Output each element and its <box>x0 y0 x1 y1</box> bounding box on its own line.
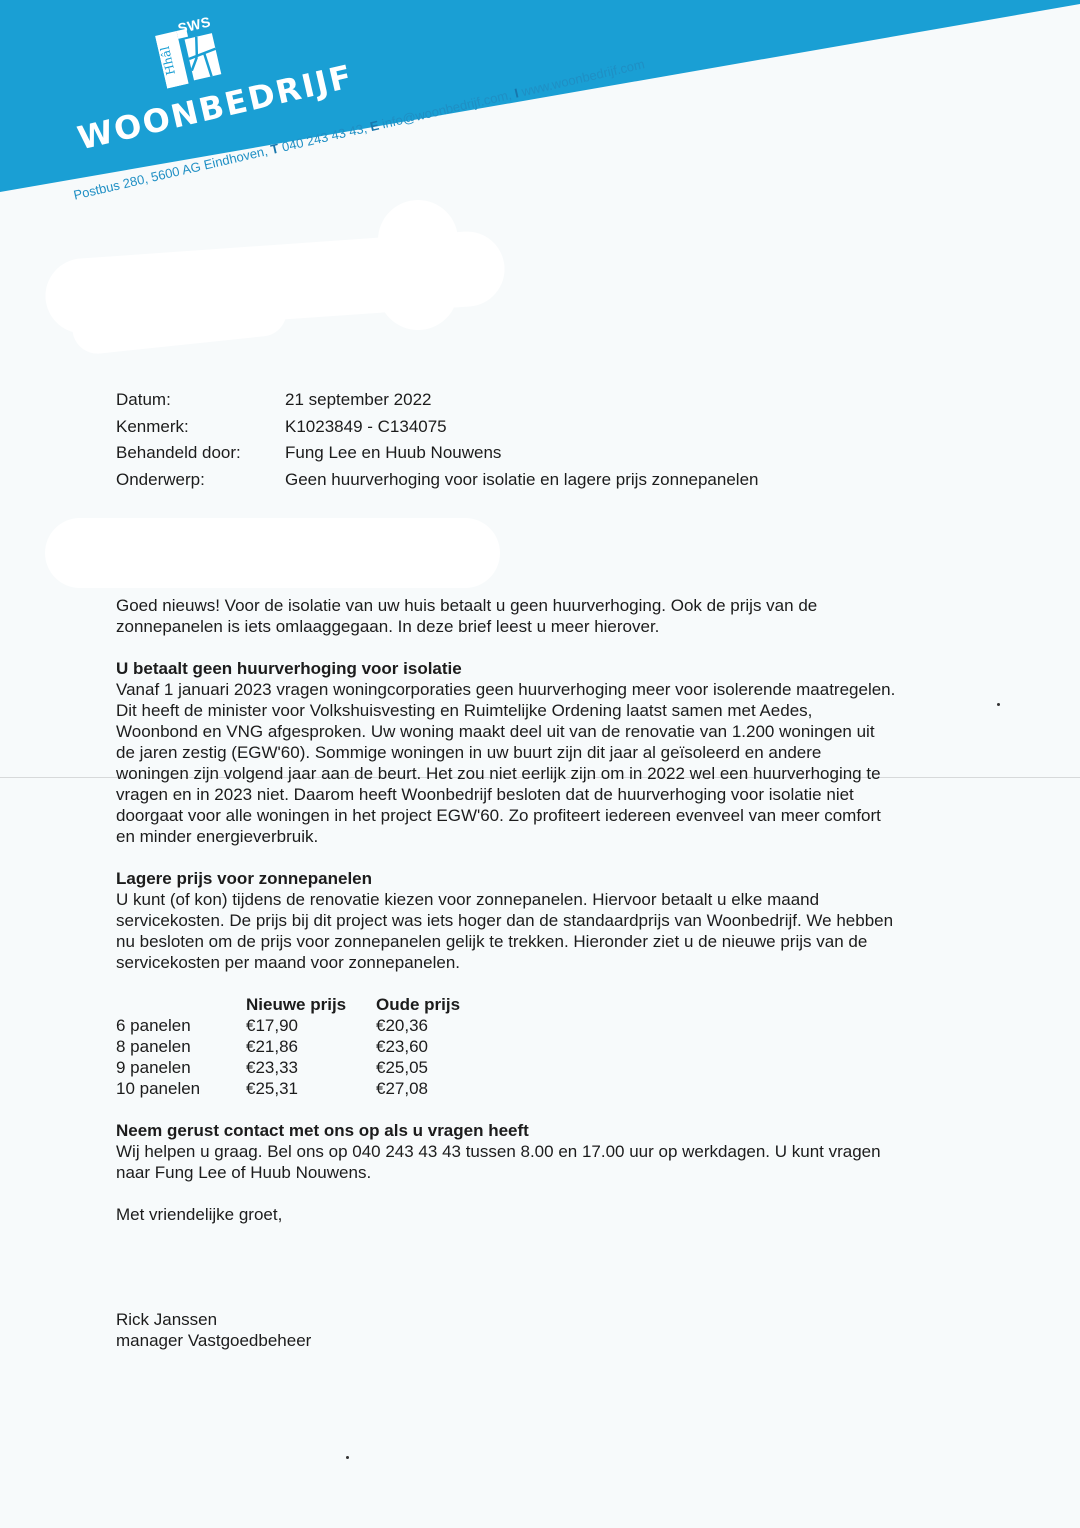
paragraph-line: U kunt (of kon) tijdens de renovatie kie… <box>116 889 976 910</box>
paragraph-line: nu besloten om de prijs voor zonnepanele… <box>116 931 976 952</box>
column-header-old-price: Oude prijs <box>376 994 460 1015</box>
table-row: 9 panelen €23,33 €25,05 <box>116 1057 460 1078</box>
reference-number: K1023849 - C134075 <box>285 414 447 441</box>
solar-price-table: Nieuwe prijs Oude prijs 6 panelen €17,90… <box>116 994 460 1099</box>
intro-line: Goed nieuws! Voor de isolatie van uw hui… <box>116 595 976 616</box>
paragraph-line: vragen en in 2023 niet. Daarom heeft Woo… <box>116 784 976 805</box>
section-heading-solar-panels: Lagere prijs voor zonnepanelen <box>116 868 976 889</box>
paragraph-line: de jaren zestig (EGW'60). Sommige woning… <box>116 742 976 763</box>
letter-date: 21 september 2022 <box>285 387 432 414</box>
letter-meta: Datum: 21 september 2022 Kenmerk: K10238… <box>116 387 759 493</box>
paragraph-line: doorgaat voor alle woningen in het proje… <box>116 805 976 826</box>
letter-body: Goed nieuws! Voor de isolatie van uw hui… <box>116 595 976 1351</box>
table-row: 8 panelen €21,86 €23,60 <box>116 1036 460 1057</box>
column-header-new-price: Nieuwe prijs <box>246 994 376 1015</box>
subject: Geen huurverhoging voor isolatie en lage… <box>285 467 759 494</box>
closing: Met vriendelijke groet, <box>116 1204 976 1225</box>
paragraph-line: servicekosten. De prijs bij dit project … <box>116 910 976 931</box>
intro-line: zonnepanelen is iets omlaaggegaan. In de… <box>116 616 976 637</box>
redacted-recipient-address <box>378 200 458 330</box>
scan-speck <box>997 703 1000 706</box>
paragraph-line: Vanaf 1 januari 2023 vragen woningcorpor… <box>116 679 976 700</box>
redacted-salutation <box>45 518 500 588</box>
section-heading-insulation: U betaalt geen huurverhoging voor isolat… <box>116 658 976 679</box>
signer-name: Rick Janssen <box>116 1309 976 1330</box>
handled-by: Fung Lee en Huub Nouwens <box>285 440 501 467</box>
paragraph-line: Woonbond en VNG afgesproken. Uw woning m… <box>116 721 976 742</box>
paragraph-line: Wij helpen u graag. Bel ons op 040 243 4… <box>116 1141 976 1162</box>
section-heading-contact: Neem gerust contact met ons op als u vra… <box>116 1120 976 1141</box>
meta-row-subject: Onderwerp: Geen huurverhoging voor isola… <box>116 467 759 494</box>
meta-row-reference: Kenmerk: K1023849 - C134075 <box>116 414 759 441</box>
table-row: 10 panelen €25,31 €27,08 <box>116 1078 460 1099</box>
paragraph-line: en minder energieverbruik. <box>116 826 976 847</box>
signer-title: manager Vastgoedbeheer <box>116 1330 976 1351</box>
meta-row-handled-by: Behandeld door: Fung Lee en Huub Nouwens <box>116 440 759 467</box>
paragraph-line: woningen zijn volgend jaar aan de beurt.… <box>116 763 976 784</box>
paragraph-line: naar Fung Lee of Huub Nouwens. <box>116 1162 976 1183</box>
scan-speck <box>346 1456 349 1459</box>
paragraph-line: Dit heeft de minister voor Volkshuisvest… <box>116 700 976 721</box>
paragraph-line: servicekosten per maand voor zonnepanele… <box>116 952 976 973</box>
meta-row-date: Datum: 21 september 2022 <box>116 387 759 414</box>
table-row: 6 panelen €17,90 €20,36 <box>116 1015 460 1036</box>
table-header-row: Nieuwe prijs Oude prijs <box>116 994 460 1015</box>
